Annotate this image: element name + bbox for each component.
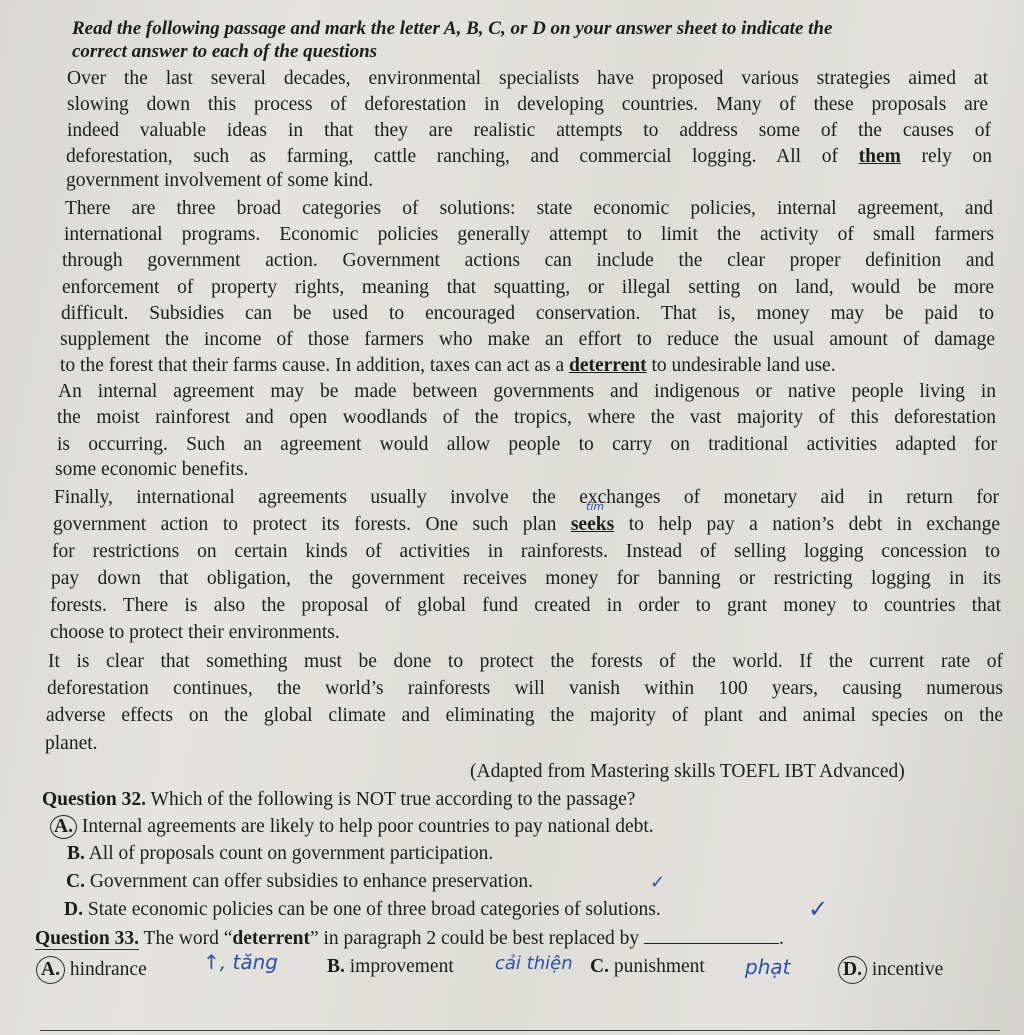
- q32-option-c-text: Government can offer subsidies to enhanc…: [90, 871, 533, 892]
- q32-option-b-letter: B.: [67, 843, 85, 864]
- p1-line-4: deforestation, such as farming, cattle r…: [66, 146, 992, 168]
- q32-c-checkmark: ✓: [650, 872, 665, 893]
- p1-line-5: government involvement of some kind.: [66, 170, 373, 192]
- emphasized-word: seeks: [571, 514, 614, 535]
- q32-option-d-letter: D.: [64, 899, 83, 920]
- bottom-rule: [40, 1030, 1000, 1031]
- worksheet-page: Read the following passage and mark the …: [0, 0, 1024, 1035]
- p2-line-5: difficult. Subsidies can be used to enco…: [61, 303, 994, 325]
- instructions-line-1: Read the following passage and mark the …: [72, 18, 832, 40]
- instructions-line-2: correct answer to each of the questions: [72, 41, 377, 63]
- p3-line-4: some economic benefits.: [55, 459, 248, 481]
- answer-blank[interactable]: [644, 943, 779, 944]
- q33-c-note: phạt: [745, 955, 790, 979]
- p1-line-1: Over the last several decades, environme…: [67, 68, 988, 90]
- q33-stem-word: deterrent: [232, 928, 310, 949]
- q33-option-b-text: improvement: [350, 956, 454, 977]
- p3-line-2: the moist rainforest and open woodlands …: [57, 407, 996, 429]
- q32-stem-line: Question 32. Which of the following is N…: [42, 789, 635, 811]
- q33-option-d[interactable]: D. incentive: [838, 956, 943, 984]
- q32-stem: Which of the following is NOT true accor…: [151, 789, 636, 810]
- q32-option-b[interactable]: B. All of proposals count on government …: [67, 843, 493, 865]
- p2-line-2: international programs. Economic policie…: [64, 224, 994, 246]
- p1-line-3: indeed valuable ideas in that they are r…: [67, 120, 991, 142]
- p4-line-1: Finally, international agreements usuall…: [54, 487, 999, 509]
- p5-line-3: adverse effects on the global climate an…: [46, 705, 1003, 727]
- p1-line-4-visible: deforestation, such as farming, cattle r…: [66, 146, 992, 168]
- seeks-annotation: tìm: [586, 500, 604, 513]
- p2-line-6: supplement the income of those farmers w…: [60, 329, 995, 351]
- p4-line-5: forests. There is also the proposal of g…: [50, 595, 1001, 617]
- q33-option-a-text: hindrance: [70, 959, 147, 980]
- p4-line-3: for restrictions on certain kinds of act…: [52, 541, 1000, 563]
- q33-option-a-letter: A.: [36, 956, 65, 984]
- q32-option-b-text: All of proposals count on government par…: [89, 843, 494, 864]
- q32-d-checkmark: ✓: [808, 895, 828, 923]
- q32-option-a-text: Internal agreements are likely to help p…: [82, 816, 654, 837]
- emphasized-word: deterrent: [569, 355, 647, 376]
- p4-line-2: government action to protect its forests…: [53, 514, 1000, 536]
- q32-option-c[interactable]: C. Government can offer subsidies to enh…: [66, 871, 533, 893]
- p4-line-4: pay down that obligation, the government…: [51, 568, 1001, 590]
- q32-option-a-letter: A.: [50, 815, 77, 839]
- q32-option-c-letter: C.: [66, 871, 85, 892]
- q33-option-c[interactable]: C. punishment: [590, 956, 705, 978]
- p2-line-7: to the forest that their farms cause. In…: [60, 355, 836, 377]
- q32-option-d-text: State economic policies can be one of th…: [88, 899, 661, 920]
- p3-line-1: An internal agreement may be made betwee…: [58, 381, 996, 403]
- q33-stem-post: ” in paragraph 2 could be best replaced …: [310, 928, 639, 949]
- p5-line-4: planet.: [45, 733, 98, 755]
- p2-line-3: through government action. Government ac…: [62, 250, 994, 272]
- q33-number: Question 33.: [35, 928, 139, 950]
- q33-option-d-text: incentive: [872, 959, 943, 980]
- p4-line-6: choose to protect their environments.: [50, 622, 340, 644]
- p5-line-2: deforestation continues, the world’s rai…: [47, 678, 1003, 700]
- q33-option-a[interactable]: A. hindrance: [36, 956, 147, 984]
- q32-option-d[interactable]: D. State economic policies can be one of…: [64, 899, 661, 921]
- p3-line-3: is occurring. Such an agreement would al…: [57, 434, 997, 456]
- p1-line-2: slowing down this process of deforestati…: [67, 94, 988, 116]
- p2-line-4: enforcement of property rights, meaning …: [62, 277, 994, 299]
- q33-a-note: ↑, tăng: [203, 950, 278, 974]
- q33-option-b[interactable]: B. improvement: [327, 956, 454, 978]
- q33-stem-pre: The word “: [144, 928, 233, 949]
- q33-stem-line: Question 33. The word “deterrent” in par…: [35, 928, 784, 950]
- q33-option-c-letter: C.: [590, 956, 609, 977]
- q33-option-c-text: punishment: [614, 956, 705, 977]
- q33-option-d-letter: D.: [838, 956, 867, 984]
- q32-option-a[interactable]: A. Internal agreements are likely to hel…: [50, 815, 654, 839]
- q33-option-b-letter: B.: [327, 956, 345, 977]
- q33-b-note: cải thiện: [495, 953, 573, 974]
- p5-line-1: It is clear that something must be done …: [48, 651, 1003, 673]
- p2-line-1: There are three broad categories of solu…: [65, 198, 993, 220]
- emphasized-word: them: [859, 146, 901, 167]
- source-citation: (Adapted from Mastering skills TOEFL IBT…: [470, 761, 905, 783]
- q32-number: Question 32.: [42, 789, 146, 810]
